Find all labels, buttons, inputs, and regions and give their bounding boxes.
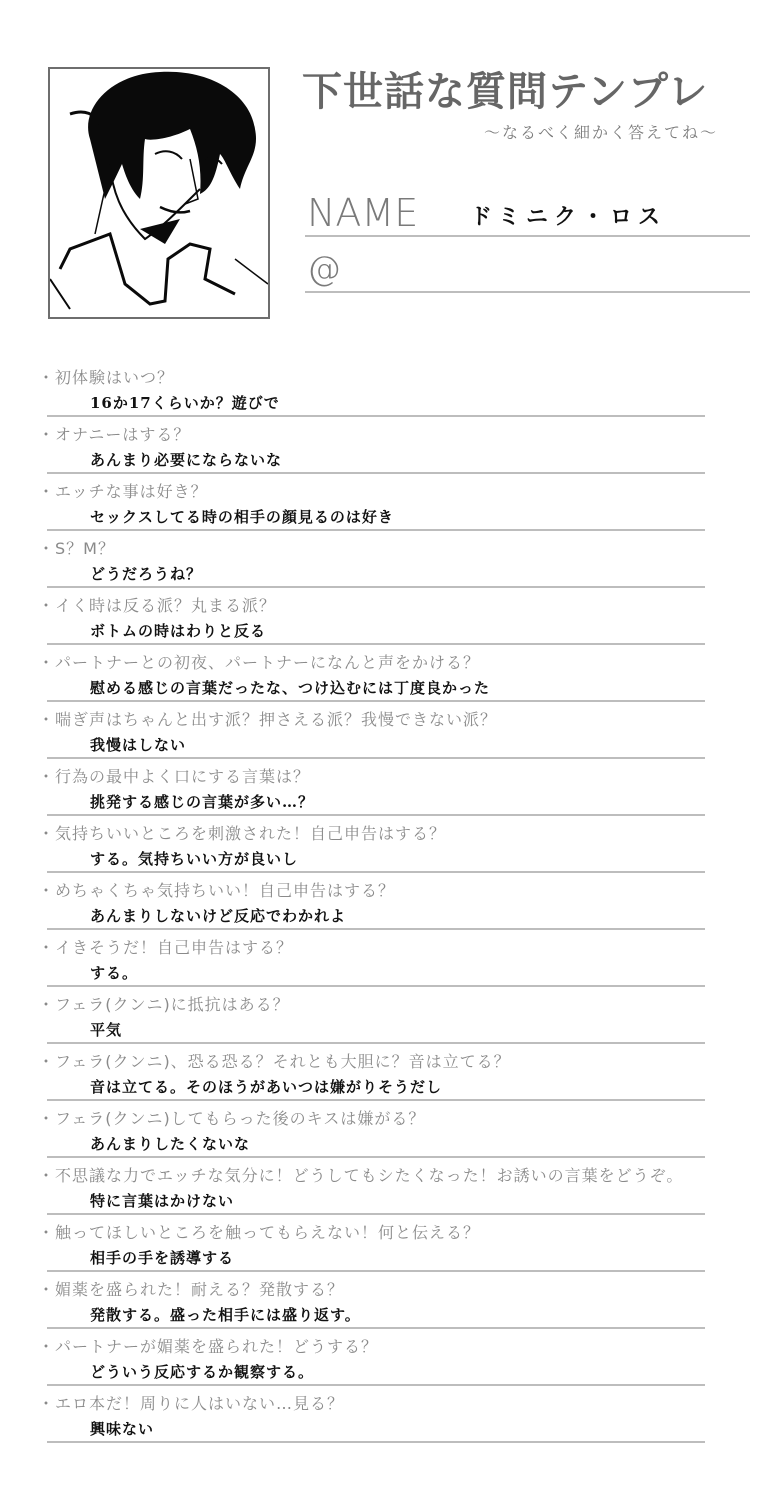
qa-item: ・イく時は反る派？丸まる派？ボトムの時はわりと反る — [38, 590, 718, 647]
answer: 挑発する感じの言葉が多い…？ — [90, 791, 314, 812]
question: ・媚薬を盛られた！耐える？発散する？ — [38, 1277, 344, 1300]
question-list: ・初体験はいつ？16か17くらいか？遊びで ・オナニーはする？あんまり必要になら… — [38, 362, 718, 1445]
answer: どうだろうね？ — [90, 563, 202, 584]
answer: する。 — [90, 962, 138, 983]
question: ・初体験はいつ？ — [38, 365, 174, 388]
qa-item: ・行為の最中よく口にする言葉は？挑発する感じの言葉が多い…？ — [38, 761, 718, 818]
qa-item: ・パートナーが媚薬を盛られた！どうする？どういう反応するか観察する。 — [38, 1331, 718, 1388]
question: ・フェラ(クンニ)に抵抗はある？ — [38, 992, 290, 1015]
question: ・フェラ(クンニ)してもらった後のキスは嫌がる？ — [38, 1106, 425, 1129]
answer: あんまりしないけど反応でわかれよ — [90, 905, 346, 926]
separator — [47, 814, 705, 816]
character-portrait-icon — [50, 69, 268, 317]
separator — [47, 1441, 705, 1443]
separator — [47, 643, 705, 645]
answer: 平気 — [90, 1019, 122, 1040]
qa-item: ・エロ本だ！周りに人はいない…見る？興味ない — [38, 1388, 718, 1445]
character-portrait — [48, 67, 270, 319]
question: ・S？M？ — [38, 536, 115, 559]
answer: 興味ない — [90, 1418, 154, 1439]
separator — [47, 871, 705, 873]
separator — [47, 700, 705, 702]
qa-item: ・パートナーとの初夜、パートナーになんと声をかける？慰める感じの言葉だったな、つ… — [38, 647, 718, 704]
qa-item: ・フェラ(クンニ)、恐る恐る？それとも大胆に？音は立てる？音は立てる。そのほうが… — [38, 1046, 718, 1103]
answer: あんまりしたくないな — [90, 1133, 250, 1154]
separator — [47, 472, 705, 474]
qa-item: ・初体験はいつ？16か17くらいか？遊びで — [38, 362, 718, 419]
question: ・喘ぎ声はちゃんと出す派？押さえる派？我慢できない派？ — [38, 707, 497, 730]
answer: 相手の手を誘導する — [90, 1247, 234, 1268]
answer: 特に言葉はかけない — [90, 1190, 234, 1211]
question: ・イく時は反る派？丸まる派？ — [38, 593, 276, 616]
separator — [47, 1156, 705, 1158]
question: ・不思議な力でエッチな気分に！どうしてもシたくなった！お誘いの言葉をどうぞ。 — [38, 1163, 683, 1186]
separator — [47, 1384, 705, 1386]
qa-item: ・オナニーはする？あんまり必要にならないな — [38, 419, 718, 476]
question: ・エロ本だ！周りに人はいない…見る？ — [38, 1391, 344, 1414]
answer: あんまり必要にならないな — [90, 449, 282, 470]
qa-item: ・フェラ(クンニ)に抵抗はある？平気 — [38, 989, 718, 1046]
answer: 音は立てる。そのほうがあいつは嫌がりそうだし — [90, 1076, 442, 1097]
question: ・パートナーが媚薬を盛られた！どうする？ — [38, 1334, 378, 1357]
name-field: NAME ドミニク・ロス — [305, 190, 750, 237]
separator — [47, 1327, 705, 1329]
separator — [47, 1270, 705, 1272]
handle-field: @ — [305, 250, 750, 293]
question: ・イきそうだ！自己申告はする？ — [38, 935, 293, 958]
question: ・エッチな事は好き？ — [38, 479, 208, 502]
qa-item: ・めちゃくちゃ気持ちいい！自己申告はする？あんまりしないけど反応でわかれよ — [38, 875, 718, 932]
question: ・オナニーはする？ — [38, 422, 190, 445]
separator — [47, 415, 705, 417]
qa-item: ・エッチな事は好き？セックスしてる時の相手の顔見るのは好き — [38, 476, 718, 533]
separator — [47, 1042, 705, 1044]
qa-item: ・イきそうだ！自己申告はする？する。 — [38, 932, 718, 989]
answer: ボトムの時はわりと反る — [90, 620, 266, 641]
at-label: @ — [307, 247, 341, 291]
answer: 16か17くらいか？遊びで — [90, 392, 280, 413]
answer: セックスしてる時の相手の顔見るのは好き — [90, 506, 394, 527]
page-title: 下世話な質問テンプレ — [302, 68, 708, 116]
separator — [47, 985, 705, 987]
separator — [47, 1099, 705, 1101]
answer: する。気持ちいい方が良いし — [90, 848, 298, 869]
qa-item: ・不思議な力でエッチな気分に！どうしてもシたくなった！お誘いの言葉をどうぞ。特に… — [38, 1160, 718, 1217]
qa-item: ・気持ちいいところを刺激された！自己申告はする？する。気持ちいい方が良いし — [38, 818, 718, 875]
question: ・フェラ(クンニ)、恐る恐る？それとも大胆に？音は立てる？ — [38, 1049, 511, 1072]
separator — [47, 928, 705, 930]
page-subtitle: 〜なるべく細かく答えてね〜 — [484, 120, 718, 143]
name-label: NAME — [307, 191, 418, 235]
answer: 我慢はしない — [90, 734, 186, 755]
question: ・行為の最中よく口にする言葉は？ — [38, 764, 310, 787]
qa-item: ・触ってほしいところを触ってもらえない！何と伝える？相手の手を誘導する — [38, 1217, 718, 1274]
qa-item: ・フェラ(クンニ)してもらった後のキスは嫌がる？あんまりしたくないな — [38, 1103, 718, 1160]
question: ・触ってほしいところを触ってもらえない！何と伝える？ — [38, 1220, 480, 1243]
qa-item: ・媚薬を盛られた！耐える？発散する？発散する。盛った相手には盛り返す。 — [38, 1274, 718, 1331]
separator — [47, 757, 705, 759]
question: ・気持ちいいところを刺激された！自己申告はする？ — [38, 821, 446, 844]
answer: どういう反応するか観察する。 — [90, 1361, 314, 1382]
name-value: ドミニク・ロス — [470, 200, 666, 231]
separator — [47, 586, 705, 588]
qa-item: ・S？M？どうだろうね？ — [38, 533, 718, 590]
question: ・めちゃくちゃ気持ちいい！自己申告はする？ — [38, 878, 395, 901]
question: ・パートナーとの初夜、パートナーになんと声をかける？ — [38, 650, 480, 673]
separator — [47, 529, 705, 531]
separator — [47, 1213, 705, 1215]
answer: 慰める感じの言葉だったな、つけ込むには丁度良かった — [90, 677, 490, 698]
answer: 発散する。盛った相手には盛り返す。 — [90, 1304, 361, 1325]
qa-item: ・喘ぎ声はちゃんと出す派？押さえる派？我慢できない派？我慢はしない — [38, 704, 718, 761]
